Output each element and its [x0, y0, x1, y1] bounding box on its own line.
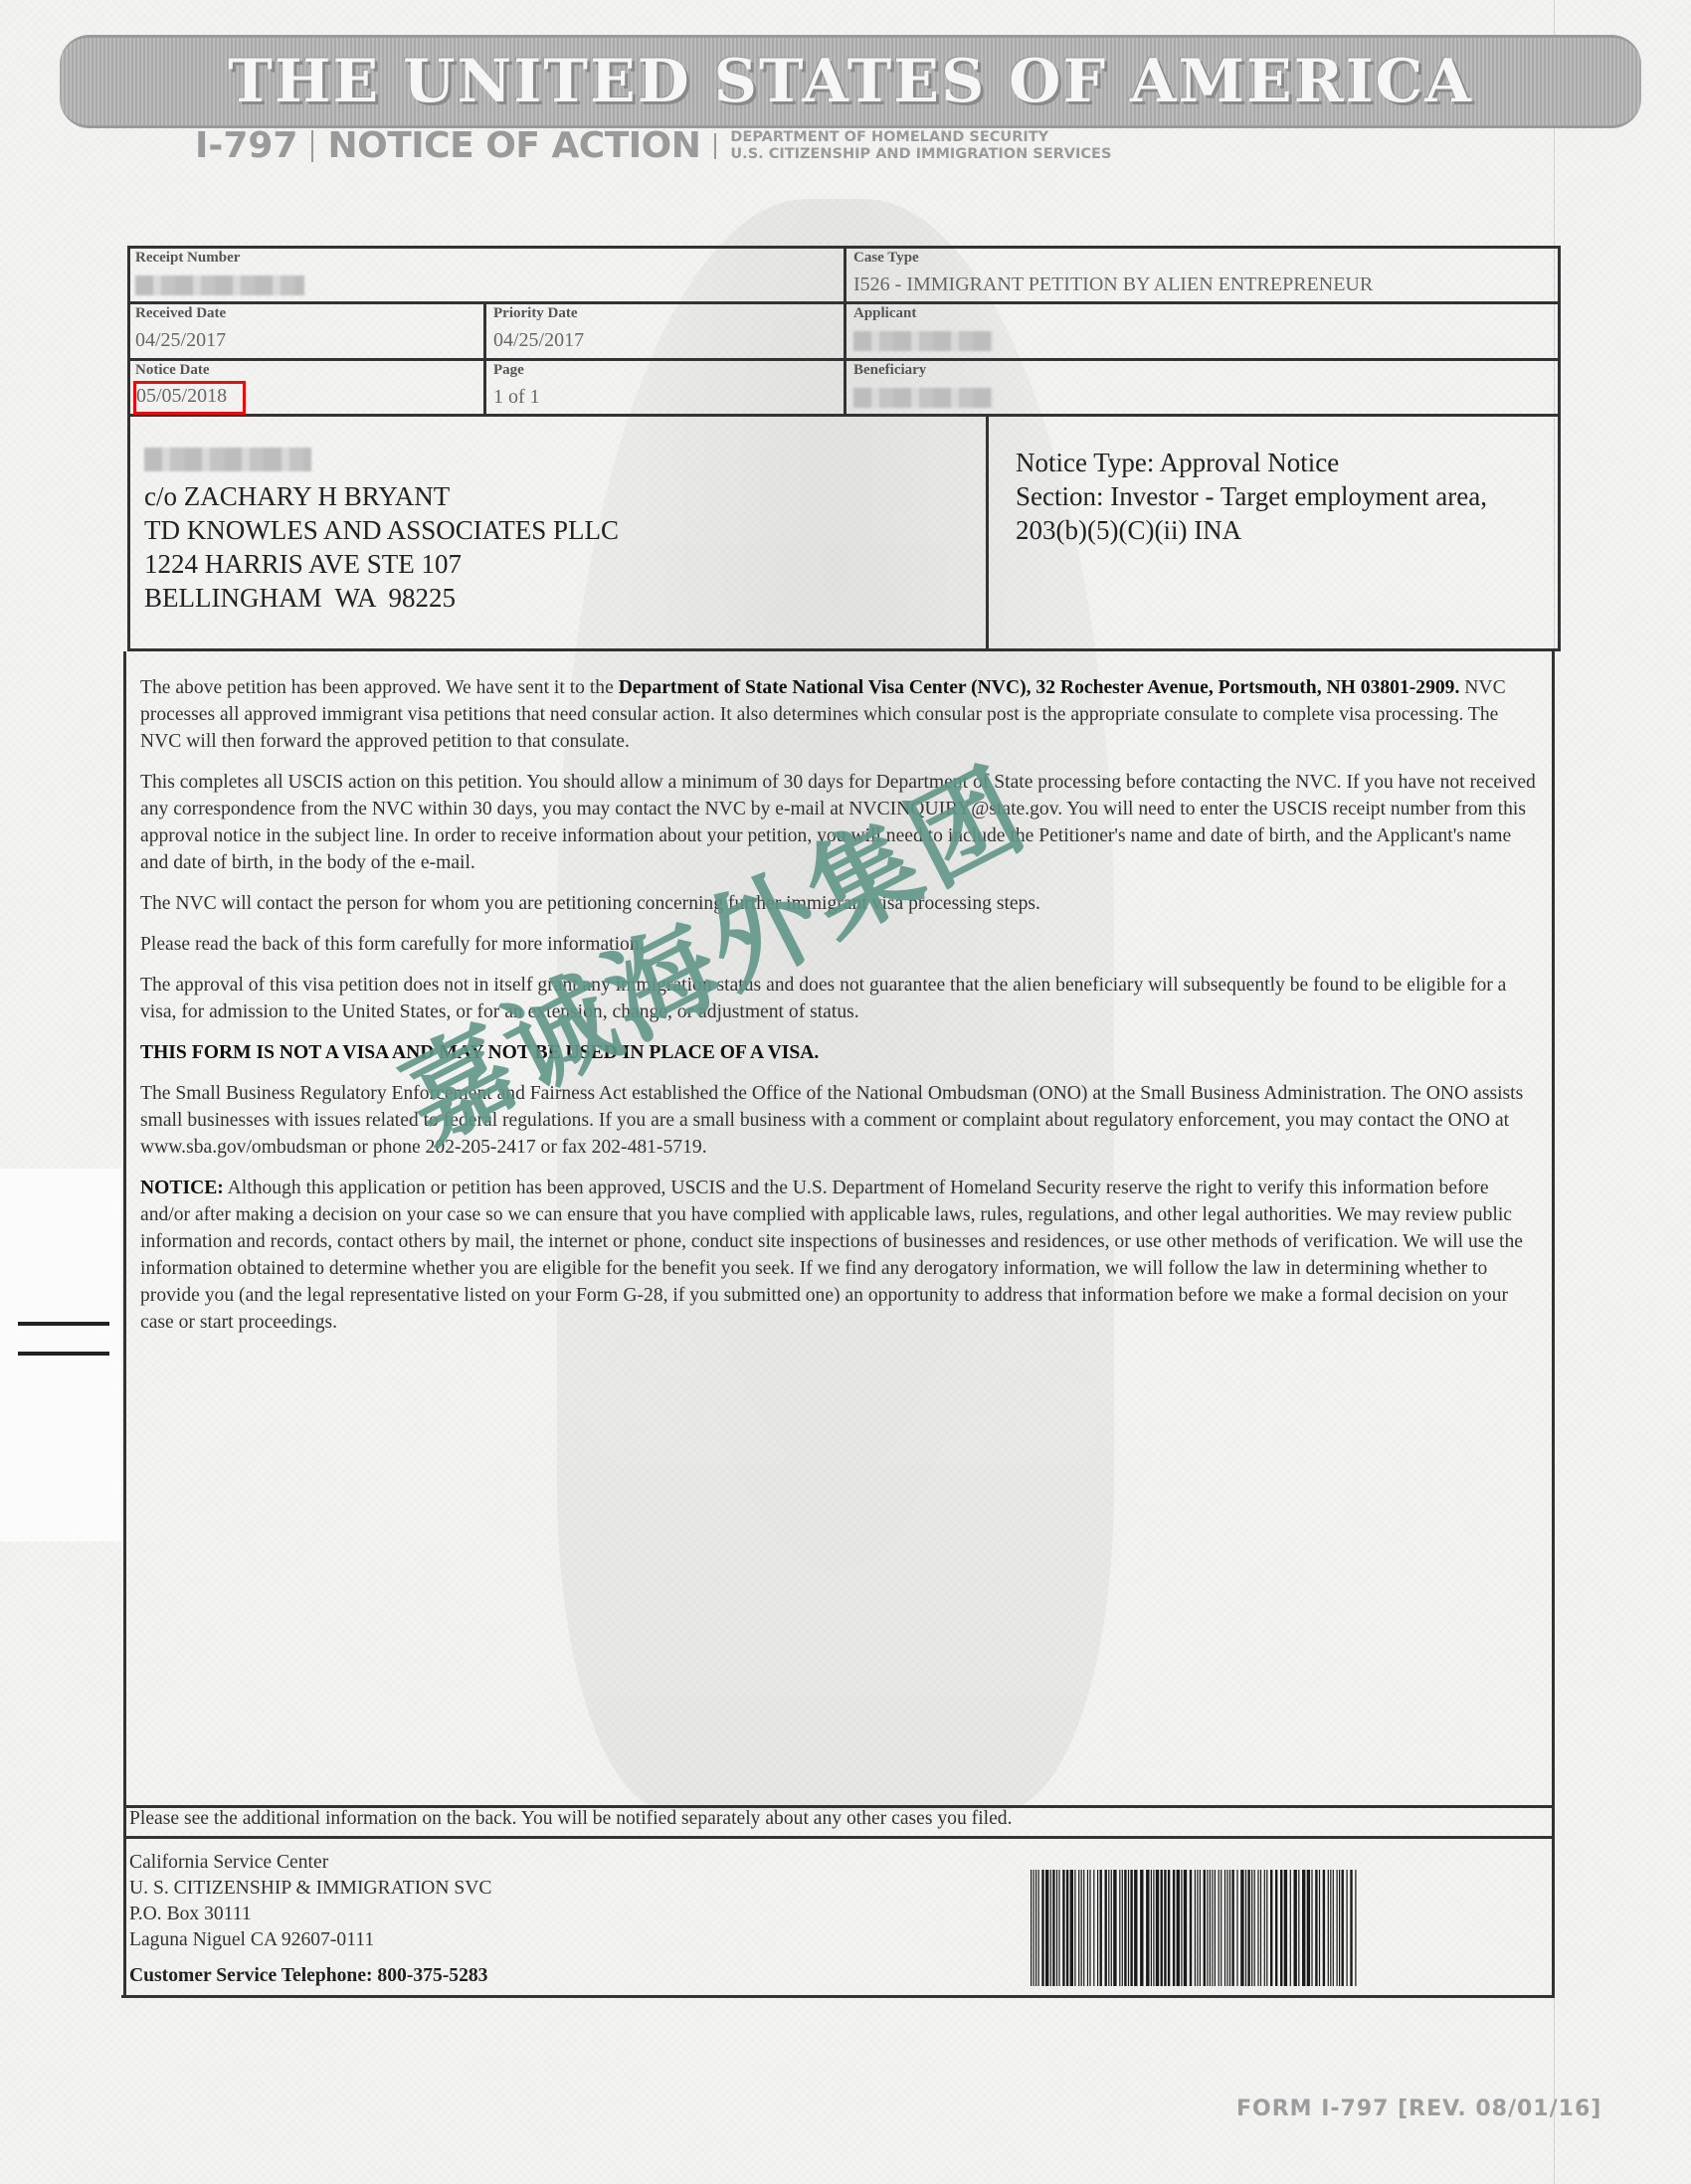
service-center-address: California Service Center U. S. CITIZENS… — [129, 1850, 492, 1989]
body-border-bottom — [121, 1995, 1555, 1998]
divider — [714, 133, 716, 159]
redacted-value — [853, 331, 993, 351]
applicant-field: Applicant — [845, 301, 1560, 358]
redacted-value — [144, 448, 311, 471]
margin-tick-mark — [18, 1352, 109, 1356]
section-line: 203(b)(5)(C)(ii) INA — [1016, 513, 1487, 547]
page-field: Page 1 of 1 — [485, 358, 844, 415]
receipt-number-field: Receipt Number — [127, 246, 844, 301]
paragraph: The NVC will contact the person for whom… — [140, 890, 1543, 917]
paragraph: The Small Business Regulatory Enforcemen… — [140, 1080, 1543, 1161]
received-date-field: Received Date 04/25/2017 — [127, 301, 483, 358]
address-line: California Service Center — [129, 1850, 492, 1876]
paragraph: The approval of this visa petition does … — [140, 972, 1543, 1025]
received-date-value: 04/25/2017 — [135, 329, 226, 352]
redacted-value — [135, 275, 304, 295]
priority-date-value: 04/25/2017 — [493, 329, 584, 352]
banner-title: THE UNITED STATES OF AMERICA — [228, 47, 1473, 116]
body-border-left — [123, 651, 126, 1996]
margin-tick-mark — [18, 1322, 109, 1326]
form-number: I-797 — [195, 125, 297, 166]
case-type-field: Case Type I526 - IMMIGRANT PETITION BY A… — [845, 246, 1560, 301]
redacted-value — [853, 388, 993, 408]
address-line: P.O. Box 30111 — [129, 1902, 492, 1927]
case-type-value: I526 - IMMIGRANT PETITION BY ALIEN ENTRE… — [853, 273, 1373, 296]
body-border-right — [1552, 651, 1555, 1996]
beneficiary-value — [853, 388, 993, 414]
form-title-row: I-797 NOTICE OF ACTION DEPARTMENT OF HOM… — [195, 125, 1111, 166]
notice-type: Notice Type: Approval Notice — [1016, 446, 1487, 479]
priority-date-field: Priority Date 04/25/2017 — [485, 301, 844, 358]
paragraph: Please read the back of this form carefu… — [140, 931, 1543, 958]
form-title: NOTICE OF ACTION — [327, 125, 700, 166]
address-line: 1224 HARRIS AVE STE 107 — [144, 547, 619, 581]
barcode — [1031, 1870, 1359, 1986]
warning-heading: THIS FORM IS NOT A VISA AND MAY NOT BE U… — [140, 1039, 1543, 1066]
address-line: U. S. CITIZENSHIP & IMMIGRATION SVC — [129, 1876, 492, 1902]
address-line: TD KNOWLES AND ASSOCIATES PLLC — [144, 513, 619, 547]
section-line: Section: Investor - Target employment ar… — [1016, 479, 1487, 513]
highlight-box — [133, 381, 246, 415]
beneficiary-field: Beneficiary — [845, 358, 1560, 415]
additional-info-note: Please see the additional information on… — [129, 1808, 1012, 1830]
address-line: BELLINGHAM WA 98225 — [144, 581, 619, 615]
paragraph: This completes all USCIS action on this … — [140, 769, 1543, 876]
notice-type-block: Notice Type: Approval Notice Section: In… — [1016, 446, 1487, 547]
page-value: 1 of 1 — [493, 386, 540, 409]
paragraph: The above petition has been approved. We… — [140, 674, 1543, 755]
form-revision: FORM I-797 [REV. 08/01/16] — [1236, 2096, 1601, 2121]
divider — [311, 130, 313, 162]
mailing-address: c/o ZACHARY H BRYANT TD KNOWLES AND ASSO… — [144, 446, 619, 615]
receipt-number-value — [135, 275, 304, 301]
customer-service-phone: Customer Service Telephone: 800-375-5283 — [129, 1963, 492, 1989]
address-line: Laguna Niguel CA 92607-0111 — [129, 1927, 492, 1953]
applicant-value — [853, 331, 993, 357]
addressee-name — [144, 446, 619, 479]
department-name: DEPARTMENT OF HOMELAND SECURITY U.S. CIT… — [730, 129, 1111, 163]
row-divider — [123, 1836, 1555, 1839]
address-line: c/o ZACHARY H BRYANT — [144, 479, 619, 513]
column-divider — [986, 414, 989, 651]
notice-body: The above petition has been approved. We… — [140, 674, 1543, 1350]
header-banner: THE UNITED STATES OF AMERICA — [60, 35, 1641, 128]
paragraph: NOTICE: Although this application or pet… — [140, 1175, 1543, 1336]
